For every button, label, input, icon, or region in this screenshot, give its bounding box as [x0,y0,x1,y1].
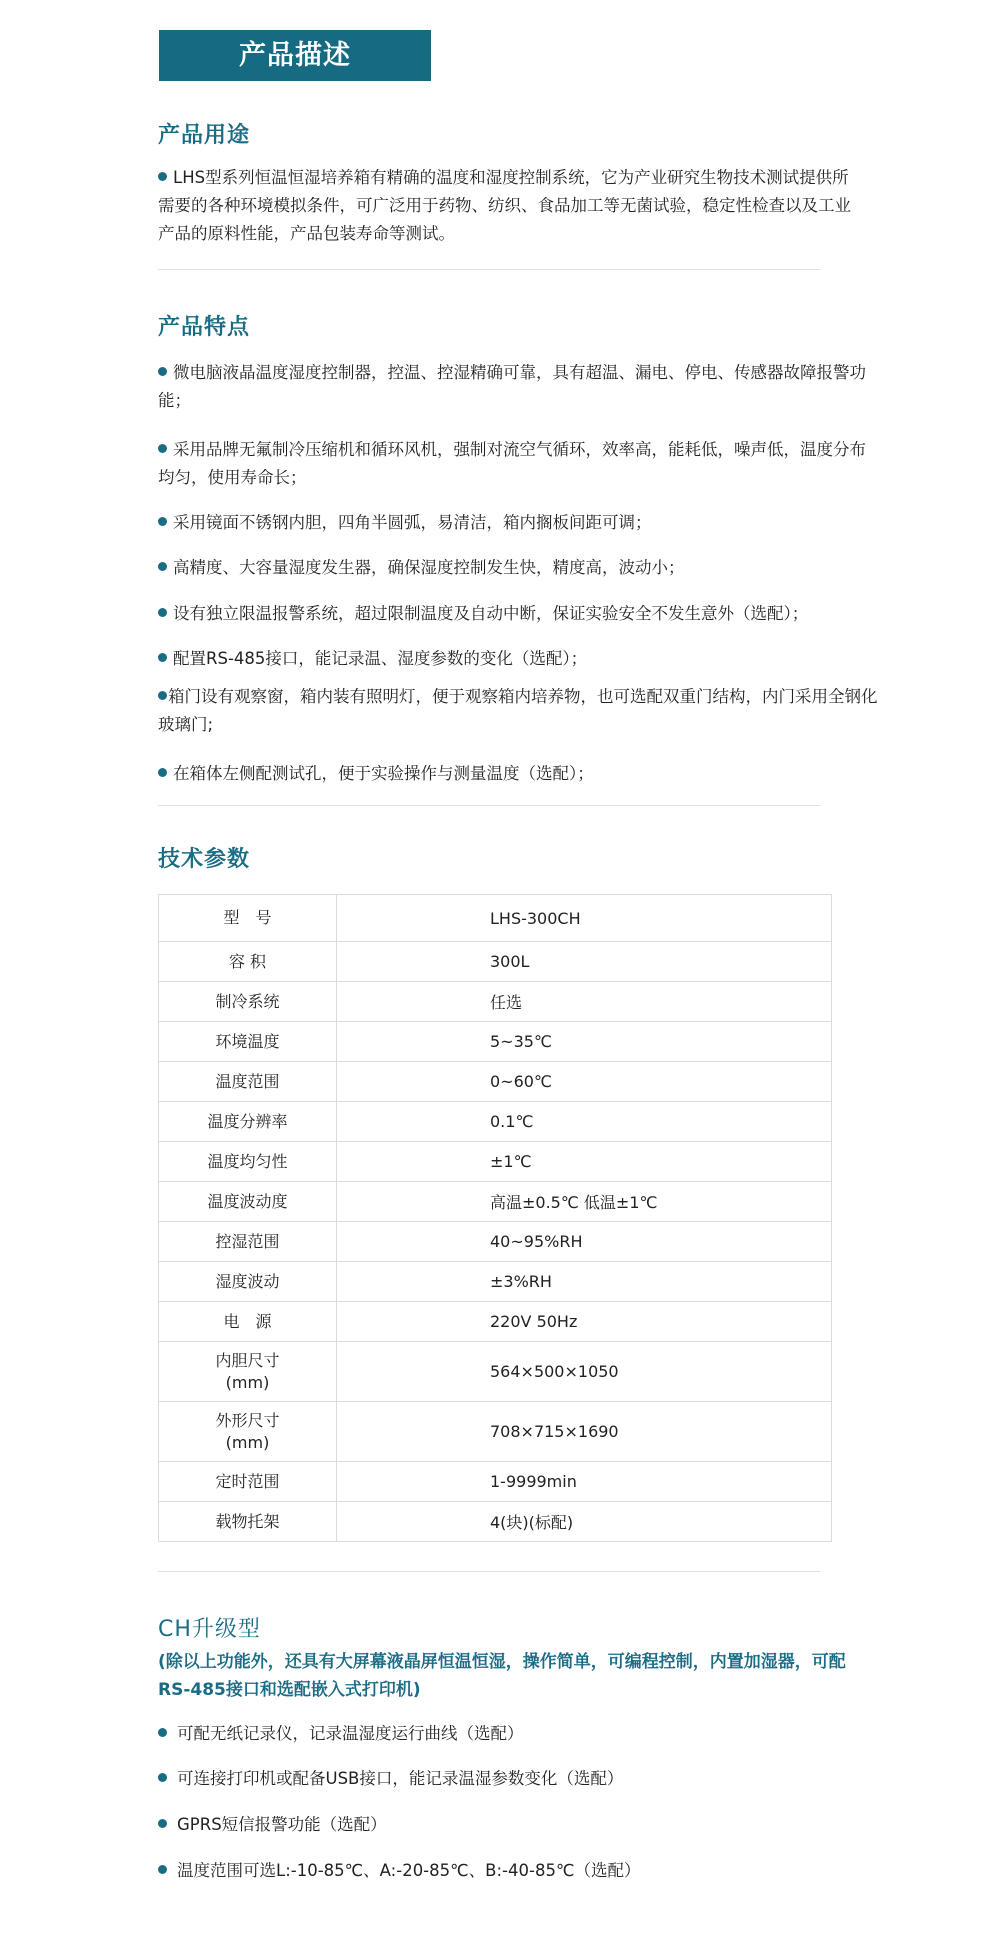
spec-value: 300L [337,942,832,982]
table-row: 载物托架 4(块)(标配) [159,1502,832,1542]
spec-key: 内胆尺寸(mm) [159,1342,337,1402]
bullet-dot-icon [158,367,167,376]
spec-value: LHS-300CH [337,895,832,942]
table-row: 容 积 300L [159,942,832,982]
table-row: 环境温度 5~35℃ [159,1022,832,1062]
spec-value: 4(块)(标配) [337,1502,832,1542]
spec-value: ±1℃ [337,1142,832,1182]
bullet-dot-icon [158,1728,167,1737]
table-row: 制冷系统 任选 [159,982,832,1022]
divider [158,805,820,806]
spec-value: 0.1℃ [337,1102,832,1142]
table-row: 内胆尺寸(mm) 564×500×1050 [159,1342,832,1402]
divider [158,269,820,270]
spec-key-line2: (mm) [159,1432,336,1454]
bullet-dot-icon [158,1865,167,1874]
ch-feature-text: 可配无纸记录仪，记录温湿度运行曲线（选配） [177,1724,524,1743]
ch-feature-item: 温度范围可选L:-10-85℃、A:-20-85℃、B:-40-85℃（选配） [158,1857,878,1885]
feature-text: 箱门设有观察窗，箱内装有照明灯，便于观察箱内培养物，也可选配双重门结构，内门采用… [158,687,878,734]
spec-key: 湿度波动 [159,1262,337,1302]
spec-value: 0~60℃ [337,1062,832,1102]
spec-key-line1: 外形尺寸 [159,1410,336,1432]
feature-item: 采用镜面不锈钢内胆，四角半圆弧，易清洁，箱内搁板间距可调； [158,509,878,537]
spec-key: 容 积 [159,942,337,982]
spec-key: 电 源 [159,1302,337,1342]
feature-text: 采用镜面不锈钢内胆，四角半圆弧，易清洁，箱内搁板间距可调； [173,513,652,532]
section-title-ch-upgrade: CH升级型 [158,1612,261,1643]
section-title-usage: 产品用途 [158,118,250,149]
feature-text: 在箱体左侧配测试孔，便于实验操作与测量温度（选配）； [173,764,594,783]
spec-value: 564×500×1050 [337,1342,832,1402]
spec-value: 高温±0.5℃ 低温±1℃ [337,1182,832,1222]
divider [158,1571,820,1572]
feature-item: 配置RS-485接口，能记录温、湿度参数的变化（选配）； [158,645,878,673]
spec-value: 220V 50Hz [337,1302,832,1342]
usage-paragraph: LHS型系列恒温恒湿培养箱有精确的温度和湿度控制系统，它为产业研究生物技术测试提… [158,164,858,248]
spec-value: 任选 [337,982,832,1022]
bullet-dot-icon [158,1819,167,1828]
bullet-dot-icon [158,691,167,700]
feature-item: 高精度、大容量湿度发生器，确保湿度控制发生快，精度高，波动小； [158,554,878,582]
ch-feature-text: 可连接打印机或配备USB接口，能记录温湿参数变化（选配） [177,1769,623,1788]
spec-key: 温度波动度 [159,1182,337,1222]
usage-text: LHS型系列恒温恒湿培养箱有精确的温度和湿度控制系统，它为产业研究生物技术测试提… [158,168,851,243]
ch-feature-text: 温度范围可选L:-10-85℃、A:-20-85℃、B:-40-85℃（选配） [177,1861,640,1880]
table-row: 温度范围 0~60℃ [159,1062,832,1102]
spec-value: 5~35℃ [337,1022,832,1062]
table-row: 温度分辨率 0.1℃ [159,1102,832,1142]
spec-key: 定时范围 [159,1462,337,1502]
table-row: 定时范围 1-9999min [159,1462,832,1502]
spec-key: 温度分辨率 [159,1102,337,1142]
table-row: 湿度波动 ±3%RH [159,1262,832,1302]
spec-value: 708×715×1690 [337,1402,832,1462]
table-row: 温度均匀性 ±1℃ [159,1142,832,1182]
spec-key-line1: 内胆尺寸 [159,1350,336,1372]
ch-upgrade-subtitle: (除以上功能外，还具有大屏幕液晶屏恒温恒湿，操作简单，可编程控制，内置加湿器，可… [158,1648,878,1704]
spec-key: 控湿范围 [159,1222,337,1262]
table-row: 电 源 220V 50Hz [159,1302,832,1342]
section-title-specs: 技术参数 [158,842,250,873]
feature-item: 设有独立限温报警系统，超过限制温度及自动中断，保证实验安全不发生意外（选配）； [158,600,878,628]
feature-item: 采用品牌无氟制冷压缩机和循环风机，强制对流空气循环，效率高，能耗低，噪声低，温度… [158,436,878,492]
page-banner-title: 产品描述 [159,30,431,81]
bullet-dot-icon [158,768,167,777]
ch-feature-item: GPRS短信报警功能（选配） [158,1811,878,1839]
feature-item: 微电脑液晶温度湿度控制器，控温、控湿精确可靠，具有超温、漏电、停电、传感器故障报… [158,359,878,415]
feature-item: 箱门设有观察窗，箱内装有照明灯，便于观察箱内培养物，也可选配双重门结构，内门采用… [158,683,878,739]
spec-key: 环境温度 [159,1022,337,1062]
spec-key: 温度范围 [159,1062,337,1102]
feature-text: 采用品牌无氟制冷压缩机和循环风机，强制对流空气循环，效率高，能耗低，噪声低，温度… [158,440,866,487]
feature-text: 设有独立限温报警系统，超过限制温度及自动中断，保证实验安全不发生意外（选配）； [173,604,808,623]
spec-key: 外形尺寸(mm) [159,1402,337,1462]
ch-feature-text: GPRS短信报警功能（选配） [177,1815,387,1834]
feature-text: 配置RS-485接口，能记录温、湿度参数的变化（选配）； [173,649,587,668]
bullet-dot-icon [158,517,167,526]
bullet-dot-icon [158,444,167,453]
bullet-dot-icon [158,172,167,181]
spec-value: 1-9999min [337,1462,832,1502]
spec-key: 温度均匀性 [159,1142,337,1182]
table-row: 外形尺寸(mm) 708×715×1690 [159,1402,832,1462]
spec-key: 载物托架 [159,1502,337,1542]
spec-value: 40~95%RH [337,1222,832,1262]
bullet-dot-icon [158,562,167,571]
spec-key: 型 号 [159,895,337,942]
table-row: 型 号 LHS-300CH [159,895,832,942]
section-title-features: 产品特点 [158,310,250,341]
ch-feature-item: 可配无纸记录仪，记录温湿度运行曲线（选配） [158,1720,878,1748]
spec-value: ±3%RH [337,1262,832,1302]
feature-text: 高精度、大容量湿度发生器，确保湿度控制发生快，精度高，波动小； [173,558,685,577]
bullet-dot-icon [158,1773,167,1782]
spec-table: 型 号 LHS-300CH 容 积 300L 制冷系统 任选 环境温度 5~35… [158,894,832,1542]
bullet-dot-icon [158,608,167,617]
spec-key: 制冷系统 [159,982,337,1022]
table-row: 温度波动度 高温±0.5℃ 低温±1℃ [159,1182,832,1222]
feature-text: 微电脑液晶温度湿度控制器，控温、控湿精确可靠，具有超温、漏电、停电、传感器故障报… [158,363,866,410]
spec-key-line2: (mm) [159,1372,336,1394]
bullet-dot-icon [158,653,167,662]
feature-item: 在箱体左侧配测试孔，便于实验操作与测量温度（选配）； [158,760,878,788]
table-row: 控湿范围 40~95%RH [159,1222,832,1262]
ch-feature-item: 可连接打印机或配备USB接口，能记录温湿参数变化（选配） [158,1765,878,1793]
